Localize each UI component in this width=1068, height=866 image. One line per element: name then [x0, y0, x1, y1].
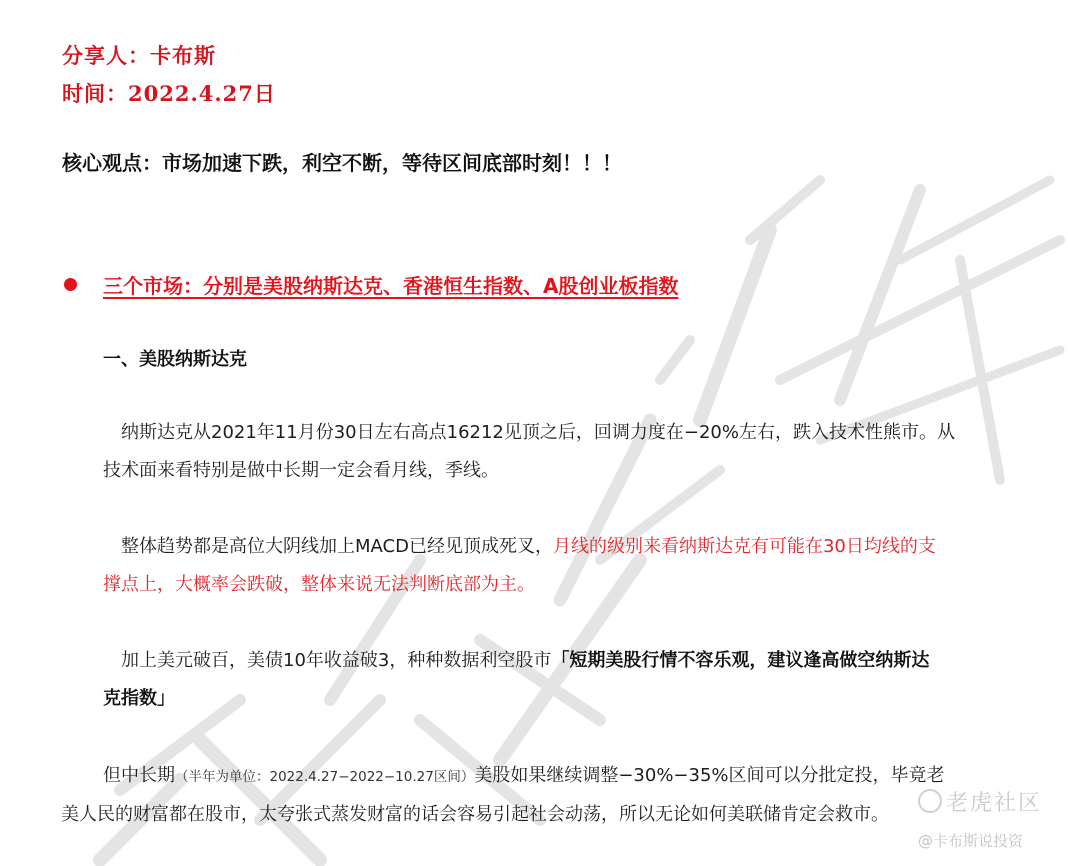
sharer-line: 分享人：卡布斯 — [62, 40, 216, 70]
paragraph-2-highlight-cont: 撑点上，大概率会跌破，整体来说无法判断底部为主。 — [103, 566, 936, 604]
paragraph-1: 纳斯达克从2021年11月份30日左右高点16212见顶之后，回调力度在−20%… — [103, 414, 955, 490]
platform-watermark: 老虎社区 — [918, 786, 1042, 817]
sharer-name: 卡布斯 — [150, 43, 216, 68]
time-label: 时间： — [62, 81, 128, 106]
paragraph-2-text: 整体趋势都是高位大阴线加上MACD已经见顶成死叉， — [121, 536, 553, 557]
paragraph-4-prefix: 但中长期 — [103, 765, 175, 786]
paragraph-3: 加上美元破百，美债10年收益破3，种种数据利空股市「短期美股行情不容乐观，建议逢… — [103, 642, 929, 718]
sharer-label: 分享人： — [62, 43, 150, 68]
paragraph-2: 整体趋势都是高位大阴线加上MACD已经见顶成死叉，月线的级别来看纳斯达克有可能在… — [103, 528, 936, 604]
author-watermark: @卡布斯说投资 — [918, 830, 1023, 851]
core-view: 核心观点：市场加速下跌，利空不断，等待区间底部时刻！！！ — [62, 147, 622, 176]
paragraph-4-note: （半年为单位：2022.4.27−2022−10.27区间） — [175, 769, 474, 785]
paragraph-3-recommendation-cont: 克指数」 — [103, 680, 929, 718]
paragraph-2-highlight: 月线的级别来看纳斯达克有可能在30日均线的支 — [553, 536, 936, 557]
time-line: 时间：2022.4.27日 — [62, 78, 276, 108]
paragraph-4: 但中长期（半年为单位：2022.4.27−2022−10.27区间）美股如果继续… — [103, 757, 945, 834]
paragraph-3-recommendation: 「短期美股行情不容乐观，建议逢高做空纳斯达 — [551, 650, 929, 671]
markets-heading: 三个市场：分别是美股纳斯达克、香港恒生指数、A股创业板指数 — [103, 270, 678, 299]
paragraph-4-line-2: 美人民的财富都在股市，太夸张式蒸发财富的话会容易引起社会动荡，所以无论如何美联储… — [61, 796, 945, 834]
paragraph-4-suffix: 美股如果继续调整−30%−35%区间可以分批定投，毕竟老 — [474, 765, 944, 786]
paragraph-1-line-2: 技术面来看特别是做中长期一定会看月线，季线。 — [103, 452, 955, 490]
paragraph-1-line-1: 纳斯达克从2021年11月份30日左右高点16212见顶之后，回调力度在−20%… — [103, 414, 955, 452]
document-page: 分享人：卡布斯 时间：2022.4.27日 核心观点：市场加速下跌，利空不断，等… — [0, 0, 1068, 866]
tiger-logo-icon — [918, 789, 942, 813]
time-value: 2022.4.27日 — [128, 81, 276, 106]
nasdaq-subheading: 一、美股纳斯达克 — [103, 345, 247, 371]
paragraph-3-text: 加上美元破百，美债10年收益破3，种种数据利空股市 — [121, 650, 551, 671]
bullet-dot-icon — [64, 278, 77, 291]
